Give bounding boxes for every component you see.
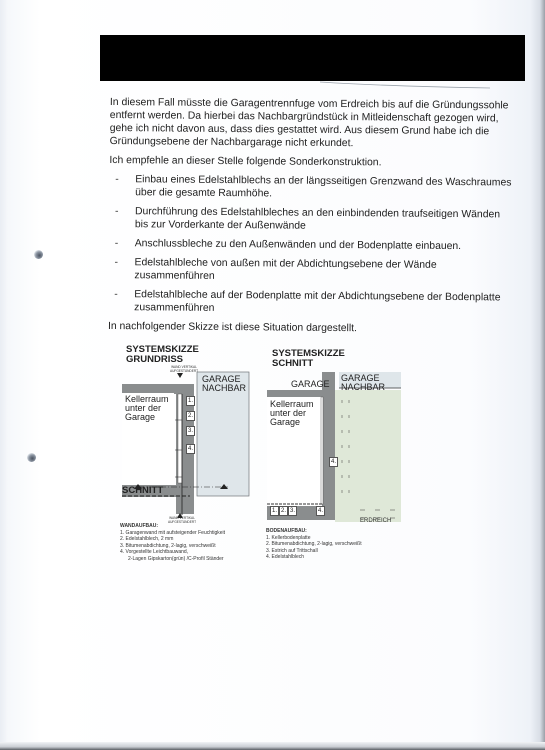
- layer-number-4: 4.: [186, 444, 195, 454]
- section-label: SCHNITT: [122, 486, 163, 495]
- garage-label: GARAGE: [291, 380, 330, 389]
- sketch-grundriss-title: SYSTEMSKIZZE GRUNDRISS: [126, 345, 199, 365]
- floor-layer-number-3: 3.: [288, 506, 297, 516]
- body-text: In diesem Fall müsste die Garagentrennfu…: [108, 96, 515, 343]
- paragraph-closing: In nachfolgender Skizze ist diese Situat…: [108, 320, 513, 337]
- floor-legend: BODENAUFBAU: 1. Kellerbodenplatte 2. Bit…: [266, 528, 416, 561]
- sketch-schnitt-title: SYSTEMSKIZZE SCHNITT: [272, 349, 345, 369]
- floor-layer-number-1: 1.: [270, 506, 279, 516]
- floor-layer-number-2: 2.: [279, 506, 288, 516]
- layer-number-3: 3.: [186, 426, 195, 436]
- list-item: -Edelstahlbleche auf der Bodenplatte mit…: [108, 288, 513, 318]
- page-fold-line: [0, 0, 545, 100]
- wall-layer-number: 4.: [329, 457, 338, 467]
- punch-hole-bottom: [27, 453, 36, 462]
- page-bottom-edge: [0, 742, 545, 750]
- corner-layer-number: 4.: [316, 506, 325, 516]
- list-item: -Anschlussbleche zu den Außenwänden und …: [109, 237, 514, 254]
- list-item: -Durchführung des Edelstahlbleches an de…: [109, 205, 514, 235]
- neighbor-garage-label: GARAGE NACHBAR: [341, 374, 385, 392]
- list-item: -Einbau eines Edelstahlblechs an der län…: [109, 173, 514, 203]
- measures-list: -Einbau eines Edelstahlblechs an der län…: [108, 173, 514, 318]
- wall-marker-top: WAND VERTIKAL AUFGESTÄNDERT: [160, 365, 208, 373]
- paragraph-intro: In diesem Fall müsste die Garagentrennfu…: [110, 96, 515, 152]
- scanned-page: In diesem Fall müsste die Garagentrennfu…: [0, 0, 545, 750]
- wall-legend: WANDAUFBAU: 1. Garagenwand mit aufsteige…: [120, 523, 270, 562]
- layer-number-2: 2.: [186, 411, 195, 421]
- layer-number-1: 1.: [186, 396, 195, 406]
- paragraph-recommendation: Ich empfehle an dieser Stelle folgende S…: [109, 154, 514, 171]
- list-item: -Edelstahlbleche von außen mit der Abdic…: [108, 256, 513, 286]
- cellar-room-label: Kellerraum unter der Garage: [270, 400, 314, 427]
- punch-hole-top: [34, 250, 43, 259]
- soil-label: ERDREICH: [360, 518, 391, 525]
- neighbor-garage-label: GARAGE NACHBAR: [202, 375, 246, 393]
- cellar-room-label: Kellerraum unter der Garage: [125, 395, 169, 422]
